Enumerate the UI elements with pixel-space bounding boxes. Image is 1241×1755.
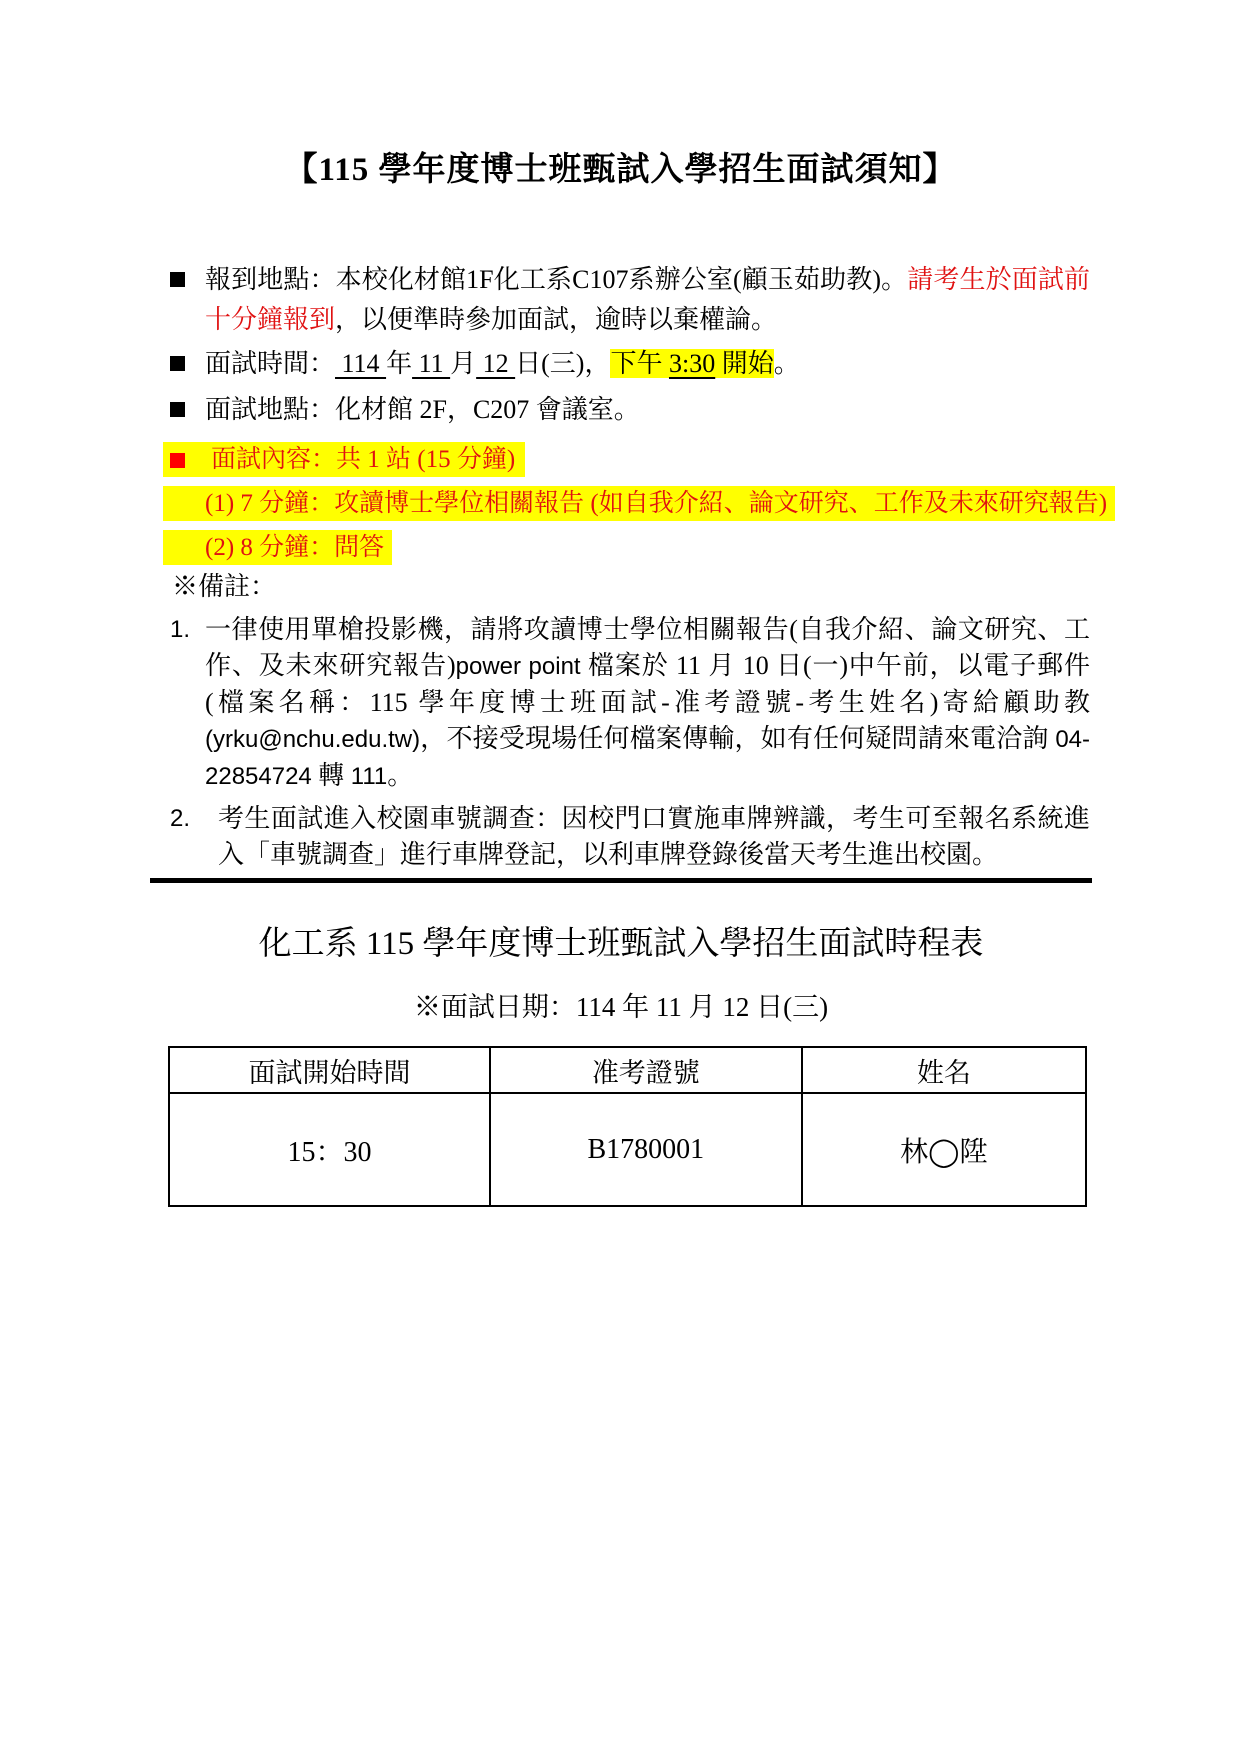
note-1-powerpoint-text: power point xyxy=(456,653,581,680)
cell-candidate-name: 林◯陞 xyxy=(802,1093,1086,1206)
note-1-number: 1. xyxy=(170,612,205,795)
station-detail-1: (1) 7 分鐘：攻讀博士學位相關報告 (如自我介紹、論文研究、工作及未來研究報… xyxy=(163,486,1090,521)
interview-date-line: ※面試日期：114 年 11 月 12 日(三) xyxy=(152,989,1090,1025)
note-2-text: 考生面試進入校園車號調查：因校門口實施車牌辨識，考生可至報名系統進入「車號調查」… xyxy=(205,801,1090,873)
interview-month-value: 11 xyxy=(412,349,450,378)
station-1-highlight: (1) 7 分鐘：攻讀博士學位相關報告 (如自我介紹、論文研究、工作及未來研究報… xyxy=(163,486,1115,521)
notice-body: 報到地點：本校化材館1F化工系C107系辦公室(顧玉茹助教)。請考生於面試前十分… xyxy=(152,260,1090,1207)
section-divider xyxy=(150,878,1092,883)
checkin-location-text: 報到地點：本校化材館1F化工系C107系辦公室(顧玉茹助教)。 xyxy=(205,265,907,294)
start-time-value: 3:30 xyxy=(669,349,715,378)
year-unit: 年 xyxy=(386,349,412,378)
month-unit: 月 xyxy=(450,349,476,378)
time-period: 。 xyxy=(774,349,800,378)
day-suffix: 日(三)， xyxy=(515,349,610,378)
note-1-extension-number: 111 xyxy=(351,763,387,790)
cell-start-time: 15：30 xyxy=(169,1093,490,1206)
checkin-location-item: 報到地點：本校化材館1F化工系C107系辦公室(顧玉茹助教)。請考生於面試前十分… xyxy=(152,260,1090,340)
interview-time-label: 面試時間： xyxy=(205,349,335,378)
square-bullet-icon xyxy=(170,402,185,417)
interview-content-item: 面試內容：共 1 站 (15 分鐘) xyxy=(163,442,1090,477)
red-square-bullet-icon xyxy=(170,453,185,468)
note-item-1: 1. 一律使用單槍投影機，請將攻讀博士學位相關報告(自我介紹、論文研究、工作、及… xyxy=(152,612,1090,795)
interview-content-text: 面試內容：共 1 站 (15 分鐘) xyxy=(211,446,515,473)
time-highlight: 下午 3:30 開始 xyxy=(610,349,773,378)
time-highlight-prefix: 下午 xyxy=(610,349,669,378)
note-1-email-text: (yrku@nchu.edu.tw) xyxy=(205,726,420,753)
interview-notice-document: 【115 學年度博士班甄試入學招生面試須知】 報到地點：本校化材館1F化工系C1… xyxy=(0,0,1241,1755)
station-2-highlight: (2) 8 分鐘：問答 xyxy=(163,530,392,565)
interview-time-item: 面試時間： 114 年 11 月 12 日(三)，下午 3:30 開始。 xyxy=(152,344,1090,384)
interview-day-value: 12 xyxy=(476,349,515,378)
station-1-text: (1) 7 分鐘：攻讀博士學位相關報告 (如自我介紹、論文研究、工作及未來研究報… xyxy=(205,490,1107,517)
table-row: 15：30 B1780001 林◯陞 xyxy=(169,1093,1086,1206)
square-bullet-icon xyxy=(170,272,185,287)
col-header-admission-number: 准考證號 xyxy=(490,1047,802,1093)
time-highlight-suffix: 開始 xyxy=(715,349,774,378)
station-2-text: (2) 8 分鐘：問答 xyxy=(205,534,384,561)
schedule-title: 化工系 115 學年度博士班甄試入學招生面試時程表 xyxy=(152,921,1090,967)
station-detail-2: (2) 8 分鐘：問答 xyxy=(163,530,1090,565)
schedule-table: 面試開始時間 准考證號 姓名 15：30 B1780001 林◯陞 xyxy=(168,1046,1087,1207)
cell-admission-number: B1780001 xyxy=(490,1093,802,1206)
interview-year-value: 114 xyxy=(335,349,386,378)
interview-content-highlight: 面試內容：共 1 站 (15 分鐘) xyxy=(163,442,525,477)
note-1-period: 。 xyxy=(387,761,413,790)
checkin-location-tail: ，以便準時參加面試，逾時以棄權論。 xyxy=(335,305,777,334)
note-1-seg-cjk-3: ，不接受現場任何檔案傳輸，如有任何疑問請來電洽詢 xyxy=(420,724,1055,753)
note-1-ext-label: 轉 xyxy=(312,761,351,790)
table-header-row: 面試開始時間 准考證號 姓名 xyxy=(169,1047,1086,1093)
remarks-label: ※備註： xyxy=(172,568,1090,606)
note-item-2: 2. 考生面試進入校園車號調查：因校門口實施車牌辨識，考生可至報名系統進入「車號… xyxy=(152,801,1090,873)
interview-location-text: 面試地點：化材館 2F，C207 會議室。 xyxy=(205,395,640,424)
note-1-text: 一律使用單槍投影機，請將攻讀博士學位相關報告(自我介紹、論文研究、工作、及未來研… xyxy=(205,612,1090,795)
note-2-number: 2. xyxy=(170,801,205,873)
col-header-start-time: 面試開始時間 xyxy=(169,1047,490,1093)
col-header-name: 姓名 xyxy=(802,1047,1086,1093)
page-title: 【115 學年度博士班甄試入學招生面試須知】 xyxy=(0,0,1241,192)
square-bullet-icon xyxy=(170,356,185,371)
interview-location-item: 面試地點：化材館 2F，C207 會議室。 xyxy=(152,390,1090,430)
